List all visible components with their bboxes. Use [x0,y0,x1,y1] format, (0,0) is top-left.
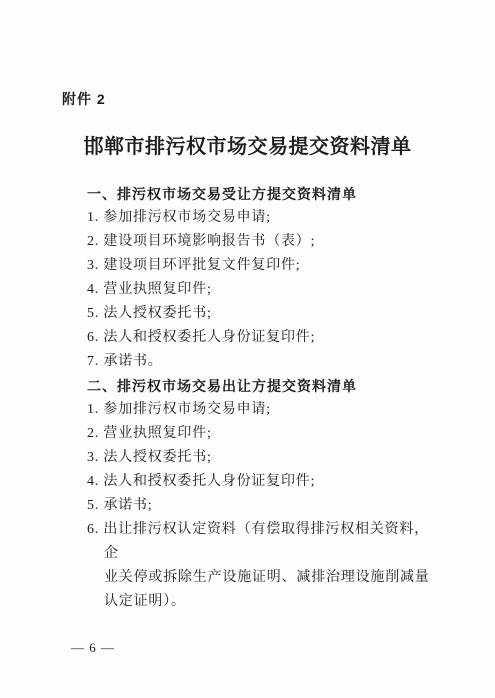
section-2-item-3: 3. 法人授权委托书; [87,446,439,470]
section-1-item-4: 4. 营业执照复印件; [87,278,439,302]
document-title: 邯郸市排污权市场交易提交资料清单 [0,130,495,159]
section-2-item-4: 4. 法人和授权委托人身份证复印件; [87,470,439,494]
section-1-item-6: 6. 法人和授权委托人身份证复印件; [87,326,439,350]
attachment-label: 附件 2 [62,89,106,109]
section-2-heading: 二、排污权市场交易出让方提交资料清单 [87,374,439,398]
section-1-heading: 一、排污权市场交易受让方提交资料清单 [87,182,439,206]
section-1-item-2: 2. 建设项目环境影响报告书（表）; [87,230,439,254]
section-2-item-2: 2. 营业执照复印件; [87,422,439,446]
section-1-item-5: 5. 法人授权委托书; [87,302,439,326]
section-2-item-6: 6. 出让排污权认定资料（有偿取得排污权相关资料，企 业关停或拆除生产设施证明、… [87,518,439,614]
document-page: 附件 2 邯郸市排污权市场交易提交资料清单 一、排污权市场交易受让方提交资料清单… [0,0,495,698]
section-2-item-5: 5. 承诺书; [87,494,439,518]
section-1-item-1: 1. 参加排污权市场交易申请; [87,206,439,230]
section-2-item-1: 1. 参加排污权市场交易申请; [87,398,439,422]
document-body: 一、排污权市场交易受让方提交资料清单 1. 参加排污权市场交易申请; 2. 建设… [87,182,439,614]
section-1-item-3: 3. 建设项目环评批复文件复印件; [87,254,439,278]
section-1-item-7: 7. 承诺书。 [87,350,439,374]
page-number: — 6 — [71,640,115,656]
